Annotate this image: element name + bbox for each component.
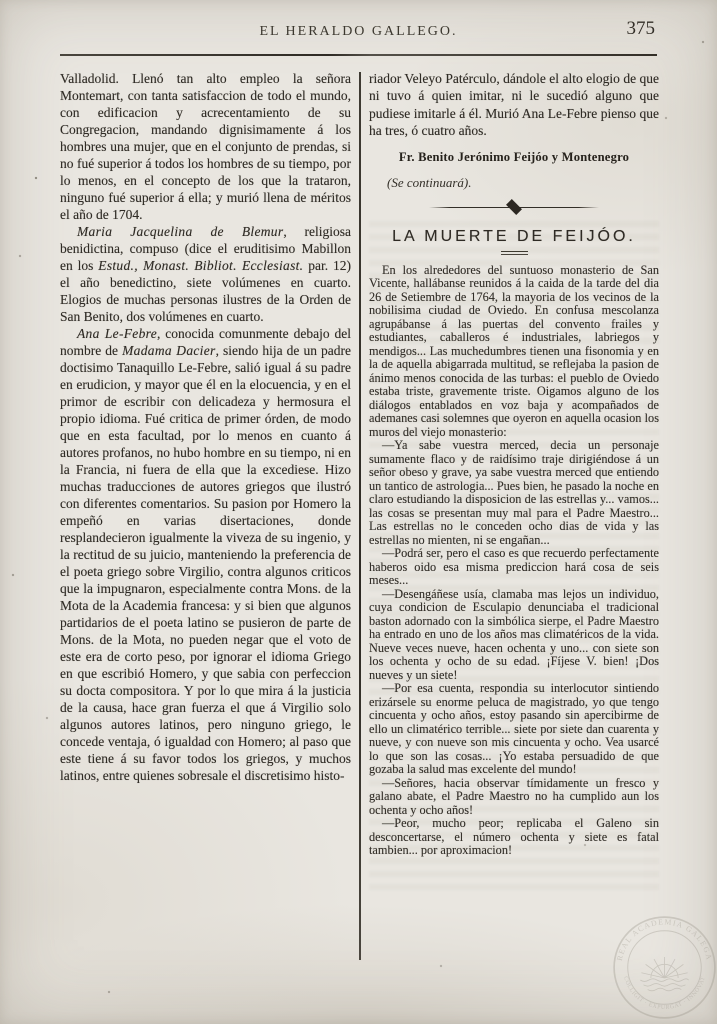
text-columns: Valladolid. Llenó tan alto empleo la señ… <box>60 70 659 960</box>
divider-diamond-icon <box>506 199 522 215</box>
article-paragraph-dialogue: —Peor, mucho peor; replicaba el Galeno s… <box>369 817 659 858</box>
journal-title: EL HERALDO GALLEGO. <box>60 20 657 40</box>
article-paragraph: En los alrededores del suntuoso monaster… <box>369 264 659 440</box>
article-paragraph-dialogue: —Ya sabe vuestra merced, decia un person… <box>369 439 659 547</box>
page-number: 375 <box>627 18 656 40</box>
article-paragraph-dialogue: —Desengáñese usía, clamaba mas lejos un … <box>369 588 659 683</box>
article-byline: Fr. Benito Jerónimo Feijóo y Montenegro <box>369 150 659 165</box>
header-rule <box>60 54 657 56</box>
library-stamp-watermark: REAL ACADEMIA GALEGA COLLIGIT · EXPURGAT… <box>612 915 717 1020</box>
scanned-page: EL HERALDO GALLEGO. 375 Valladolid. Llen… <box>0 0 717 1024</box>
paragraph-maria-jacquelina: Maria Jacquelina de Blemur, religiosa be… <box>60 223 351 325</box>
column-divider-rule <box>359 72 361 960</box>
left-column: Valladolid. Llenó tan alto empleo la señ… <box>60 70 351 960</box>
rising-sun-icon <box>640 957 688 991</box>
paragraph-ana-le-febre: Ana Le-Febre, conocida comunmente debajo… <box>60 325 351 784</box>
article-paragraph-dialogue: —Podrá ser, pero el caso es que recuerdo… <box>369 547 659 588</box>
to-be-continued-note: (Se continuará). <box>387 175 659 191</box>
title-underline-rule <box>501 251 528 255</box>
section-divider <box>429 203 599 212</box>
paragraph-article-end: riador Veleyo Patérculo, dándole el alto… <box>369 70 659 140</box>
article-title: LA MUERTE DE FEIJÓO. <box>369 228 659 246</box>
page-header: EL HERALDO GALLEGO. 375 <box>60 20 657 50</box>
article-paragraph-dialogue: —Por esa cuenta, respondia su interlocut… <box>369 682 659 777</box>
article-paragraph-dialogue: —Señores, hacia observar tímidamente un … <box>369 777 659 818</box>
right-column: riador Veleyo Patérculo, dándole el alto… <box>369 70 659 960</box>
paragraph-continuation-prev-page: Valladolid. Llenó tan alto empleo la señ… <box>60 70 351 223</box>
